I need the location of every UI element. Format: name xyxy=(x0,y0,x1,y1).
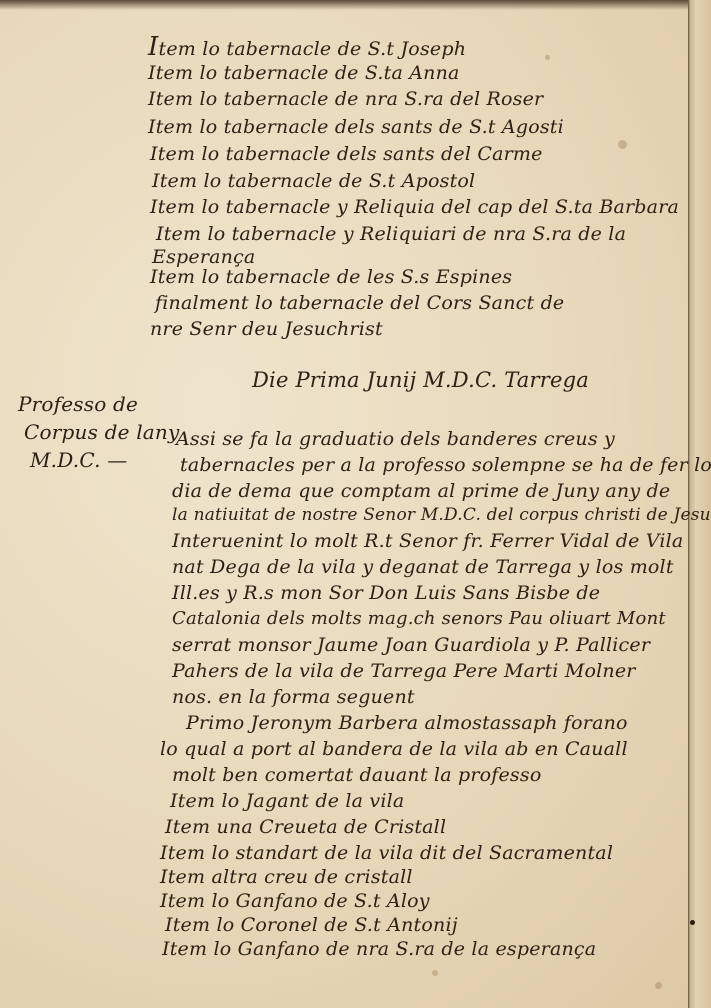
foxing-spot xyxy=(618,140,627,149)
list-item: Item lo tabernacle y Reliquiari de nra S… xyxy=(156,223,626,245)
list-item: finalment lo tabernacle del Cors Sanct d… xyxy=(155,292,564,314)
list-item: Item lo Ganfano de S.t Aloy xyxy=(160,890,430,912)
page-top-shadow xyxy=(0,0,711,10)
body-line: serrat monsor Jaume Joan Guardiola y P. … xyxy=(172,634,650,656)
list-item: Item lo tabernacle de les S.s Espines xyxy=(150,266,512,288)
list-item: Esperança xyxy=(152,246,255,268)
list-item: Item lo tabernacle de S.ta Anna xyxy=(148,62,460,84)
list-item: nre Senr deu Jesuchrist xyxy=(150,318,383,340)
manuscript-page: Item lo tabernacle de S.t Joseph Item lo… xyxy=(0,0,711,1008)
body-line: tabernacles per a la professo solempne s… xyxy=(180,454,711,476)
body-line: la natiuitat de nostre Senor M.D.C. del … xyxy=(172,505,711,525)
list-item: molt ben comertat dauant la professo xyxy=(172,764,541,786)
margin-note-line: Professo de xyxy=(18,392,138,416)
foxing-spot xyxy=(545,55,550,60)
foxing-spot xyxy=(655,982,662,989)
list-item: lo qual a port al bandera de la vila ab … xyxy=(160,738,628,760)
list-item: Primo Jeronym Barbera almostassaph foran… xyxy=(186,712,628,734)
list-item: Item lo Coronel de S.t Antonij xyxy=(165,914,458,936)
body-line: Assi se fa la graduatio dels banderes cr… xyxy=(176,428,615,450)
margin-note-line: M.D.C. — xyxy=(30,448,127,472)
list-item: Item lo tabernacle dels sants de S.t Ago… xyxy=(148,116,564,138)
list-item: Item lo Jagant de la vila xyxy=(170,790,404,812)
list-item: Item lo tabernacle y Reliquia del cap de… xyxy=(150,196,679,218)
entry-heading: Die Prima Junij M.D.C. Tarrega xyxy=(252,368,589,392)
book-gutter xyxy=(688,0,711,1008)
list-item: Item una Creueta de Cristall xyxy=(165,816,446,838)
list-item: Item lo standart de la vila dit del Sacr… xyxy=(160,842,613,864)
foxing-spot xyxy=(690,920,695,925)
list-item: Item lo tabernacle dels sants del Carme xyxy=(150,143,543,165)
list-item: Item lo Ganfano de nra S.ra de la espera… xyxy=(162,938,596,960)
body-line: nos. en la forma seguent xyxy=(172,686,415,708)
list-item: Item lo tabernacle de nra S.ra del Roser xyxy=(148,88,543,110)
body-line: dia de dema que comptam al prime de Juny… xyxy=(172,480,670,502)
body-line: nat Dega de la vila y deganat de Tarrega… xyxy=(172,556,674,578)
body-line: Interuenint lo molt R.t Senor fr. Ferrer… xyxy=(172,530,683,552)
list-item: Item lo tabernacle de S.t Joseph xyxy=(148,32,466,62)
body-line: Catalonia dels molts mag.ch senors Pau o… xyxy=(172,608,666,629)
body-line: Ill.es y R.s mon Sor Don Luis Sans Bisbe… xyxy=(172,582,600,604)
list-item: Item altra creu de cristall xyxy=(160,866,413,888)
margin-note-line: Corpus de lany xyxy=(24,420,180,444)
foxing-spot xyxy=(432,970,438,976)
list-item: Item lo tabernacle de S.t Apostol xyxy=(152,170,475,192)
body-line: Pahers de la vila de Tarrega Pere Marti … xyxy=(172,660,636,682)
